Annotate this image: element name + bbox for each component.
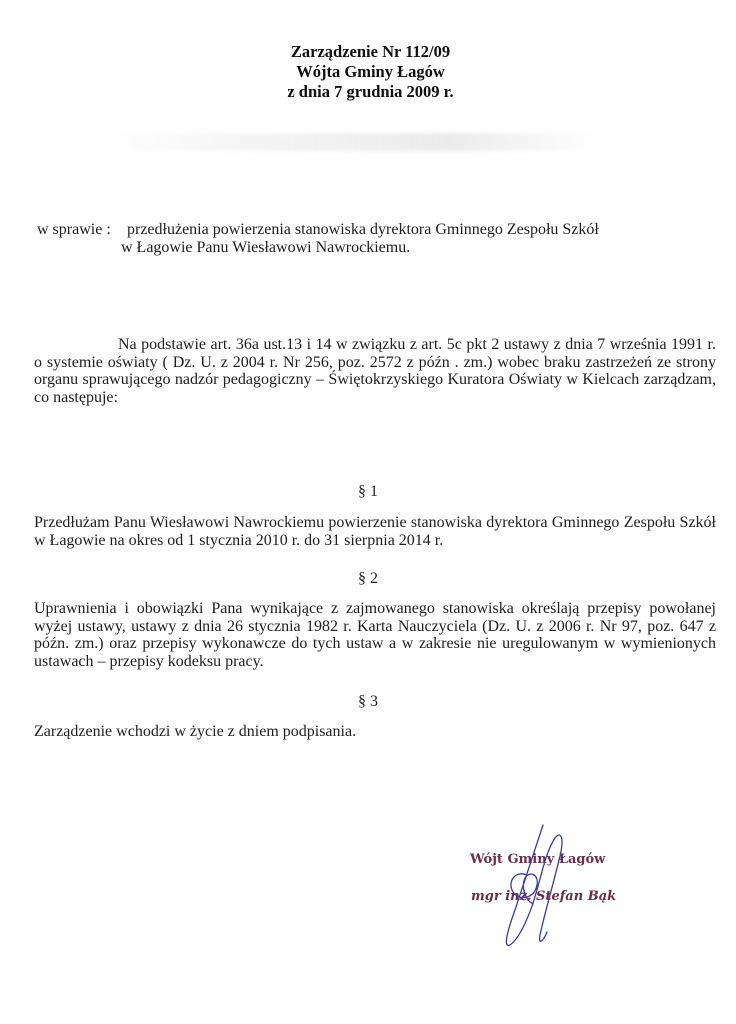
subject-line-2: w Łagowie Panu Wiesławowi Nawrockiemu. bbox=[121, 239, 410, 257]
document-date: z dnia 7 grudnia 2009 r. bbox=[5, 82, 736, 102]
section-1-heading: § 1 bbox=[0, 483, 736, 501]
handwritten-signature-icon bbox=[485, 820, 595, 955]
document-title: Zarządzenie Nr 112/09 bbox=[5, 42, 736, 62]
section-2-text: Uprawnienia i obowiązki Pana wynikające … bbox=[34, 600, 716, 670]
scan-artifact bbox=[100, 133, 600, 151]
subject-line-1: przedłużenia powierzenia stanowiska dyre… bbox=[127, 221, 599, 239]
section-3-text: Zarządzenie wchodzi w życie z dniem podp… bbox=[34, 723, 716, 741]
section-2-heading: § 2 bbox=[0, 570, 736, 588]
document-header: Zarządzenie Nr 112/09 Wójta Gminy Łagów … bbox=[0, 42, 736, 102]
issuer: Wójta Gminy Łagów bbox=[5, 62, 736, 82]
section-3-heading: § 3 bbox=[0, 693, 736, 711]
subject-label: w sprawie : bbox=[37, 221, 111, 239]
preamble-paragraph: Na podstawie art. 36a ust.13 i 14 w zwią… bbox=[34, 336, 716, 406]
section-1-text: Przedłużam Panu Wiesławowi Nawrockiemu p… bbox=[34, 514, 716, 549]
